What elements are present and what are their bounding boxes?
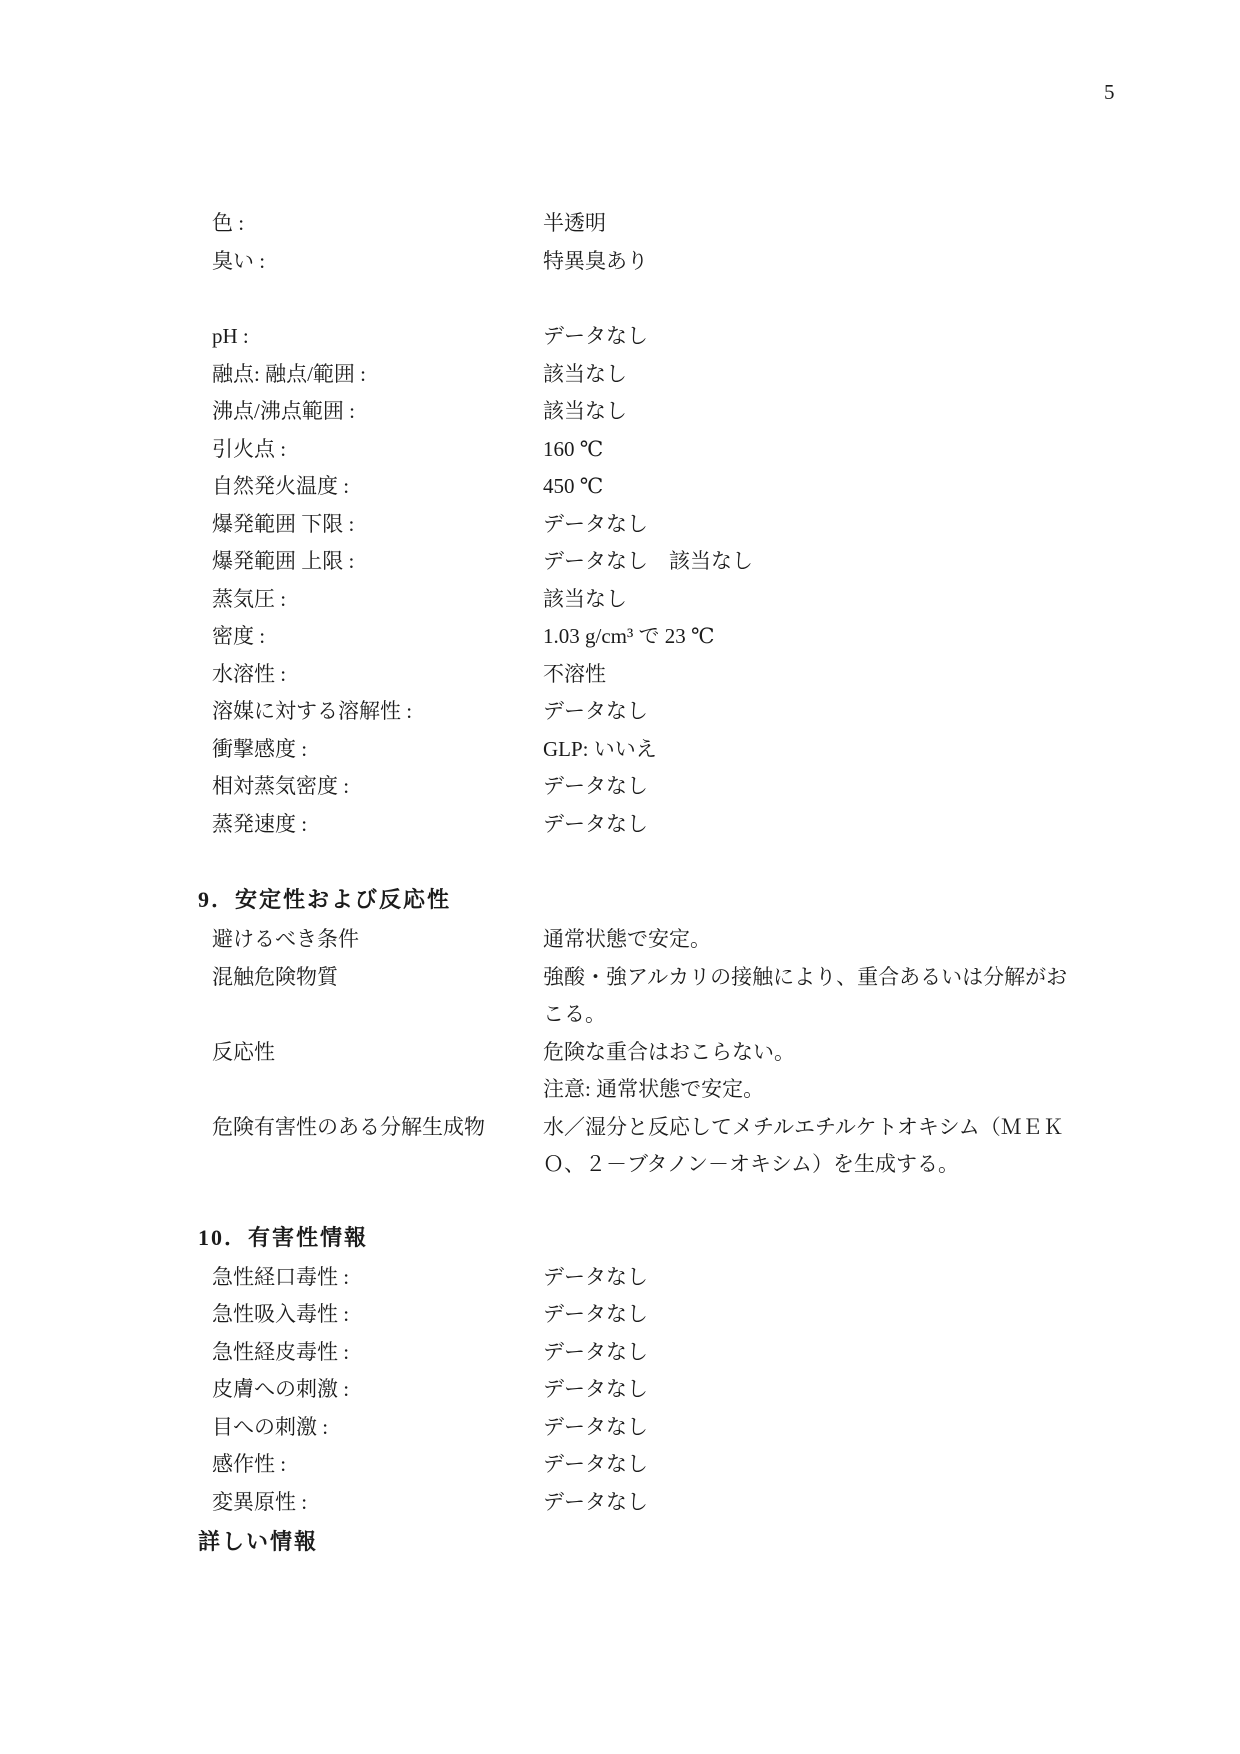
property-row: 爆発範囲 下限 :データなし [212,506,1112,544]
property-value-line: データなし [543,1446,1112,1484]
property-value: データなし [543,1296,1112,1334]
property-value: データなし [543,1371,1112,1409]
property-value: データなし [543,506,1112,544]
section-9-heading: 9．安定性および反応性 [198,879,1112,921]
property-value: 該当なし [543,581,1112,619]
property-value: 不溶性 [543,656,1112,694]
property-value-line: データなし [543,1296,1112,1334]
property-label: 急性吸入毒性 : [212,1296,543,1334]
property-label: 急性経口毒性 : [212,1259,543,1297]
property-value-line: データなし [543,768,1112,806]
property-row: 蒸気圧 :該当なし [212,581,1112,619]
property-label: 水溶性 : [212,656,543,694]
property-value-line: データなし [543,1371,1112,1409]
property-value: データなし [543,768,1112,806]
property-value-line: データなし [543,1409,1112,1447]
property-row: 目への刺激 :データなし [212,1409,1112,1447]
property-value-line: 通常状態で安定。 [543,921,1112,959]
property-value: データなし [543,693,1112,731]
property-label: 沸点/沸点範囲 : [212,393,543,431]
property-value-line: 該当なし [543,356,1112,394]
property-value: 危険な重合はおこらない。注意: 通常状態で安定。 [543,1034,1112,1109]
property-value: データなし [543,1259,1112,1297]
property-value-line: 該当なし [543,393,1112,431]
property-row: 臭い :特異臭あり [212,243,1112,281]
property-row: 危険有害性のある分解生成物水／湿分と反応してメチルエチルケトオキシム（ＭＥＫＯ、… [212,1109,1112,1184]
property-row: 衝撃感度 :GLP: いいえ [212,731,1112,769]
property-value-line: 該当なし [543,581,1112,619]
appearance-properties-list: 色 :半透明臭い :特異臭あり [212,205,1112,280]
property-row: 溶媒に対する溶解性 :データなし [212,693,1112,731]
property-label: 色 : [212,205,543,243]
page-number: 5 [1104,80,1115,105]
detailed-info-heading: 詳しい情報 [198,1521,1112,1563]
property-row: 混触危険物質強酸・強アルカリの接触により、重合あるいは分解がおこる。 [212,959,1112,1034]
blank-line [212,280,1112,318]
property-label: 爆発範囲 下限 : [212,506,543,544]
property-label: 臭い : [212,243,543,281]
property-value-line: 特異臭あり [543,243,1112,281]
property-value-line: Ｏ、２－ブタノン－オキシム）を生成する。 [543,1146,1112,1184]
property-value: 水／湿分と反応してメチルエチルケトオキシム（ＭＥＫＯ、２－ブタノン－オキシム）を… [543,1109,1112,1184]
property-value: 強酸・強アルカリの接触により、重合あるいは分解がおこる。 [543,959,1112,1034]
property-value: データなし [543,1446,1112,1484]
property-value: データなし [543,1409,1112,1447]
property-value-line: データなし [543,693,1112,731]
physical-properties-list: pH :データなし融点: 融点/範囲 :該当なし沸点/沸点範囲 :該当なし引火点… [212,318,1112,843]
property-value: 特異臭あり [543,243,1112,281]
property-value: 160 ℃ [543,431,1112,469]
property-label: 反応性 [212,1034,543,1109]
property-row: 皮膚への刺激 :データなし [212,1371,1112,1409]
property-row: 水溶性 :不溶性 [212,656,1112,694]
property-label: 急性経皮毒性 : [212,1334,543,1372]
property-value-line: 160 ℃ [543,431,1112,469]
section-10-heading: 10．有害性情報 [198,1217,1112,1259]
property-value: GLP: いいえ [543,731,1112,769]
property-label: 引火点 : [212,431,543,469]
property-value: 半透明 [543,205,1112,243]
property-value-line: データなし [543,1484,1112,1522]
property-value-line: こる。 [543,996,1112,1034]
property-value-line: 水／湿分と反応してメチルエチルケトオキシム（ＭＥＫ [543,1109,1112,1147]
property-row: 沸点/沸点範囲 :該当なし [212,393,1112,431]
property-label: 密度 : [212,618,543,656]
property-value: データなし [543,1484,1112,1522]
property-row: 自然発火温度 :450 ℃ [212,468,1112,506]
property-row: 相対蒸気密度 :データなし [212,768,1112,806]
property-row: 融点: 融点/範囲 :該当なし [212,356,1112,394]
property-value-line: GLP: いいえ [543,731,1112,769]
section-10-rows: 急性経口毒性 :データなし急性吸入毒性 :データなし急性経皮毒性 :データなし皮… [212,1259,1112,1522]
property-label: pH : [212,318,543,356]
property-value: 1.03 g/cm³ で 23 ℃ [543,618,1112,656]
property-label: 相対蒸気密度 : [212,768,543,806]
property-value-line: データなし 該当なし [543,543,1112,581]
property-row: 色 :半透明 [212,205,1112,243]
property-label: 皮膚への刺激 : [212,1371,543,1409]
property-row: 変異原性 :データなし [212,1484,1112,1522]
property-label: 感作性 : [212,1446,543,1484]
property-value-line: データなし [543,318,1112,356]
property-row: 避けるべき条件通常状態で安定。 [212,921,1112,959]
property-value: 通常状態で安定。 [543,921,1112,959]
property-value: 450 ℃ [543,468,1112,506]
property-value-line: データなし [543,1259,1112,1297]
property-value-line: データなし [543,1334,1112,1372]
property-label: 溶媒に対する溶解性 : [212,693,543,731]
property-value-line: 強酸・強アルカリの接触により、重合あるいは分解がお [543,959,1112,997]
property-row: 反応性危険な重合はおこらない。注意: 通常状態で安定。 [212,1034,1112,1109]
page-content: 色 :半透明臭い :特異臭あり pH :データなし融点: 融点/範囲 :該当なし… [212,205,1112,1563]
property-value-line: 450 ℃ [543,468,1112,506]
property-row: 蒸発速度 :データなし [212,806,1112,844]
property-label: 蒸気圧 : [212,581,543,619]
property-label: 目への刺激 : [212,1409,543,1447]
property-value: 該当なし [543,356,1112,394]
property-value-line: 半透明 [543,205,1112,243]
property-value-line: 1.03 g/cm³ で 23 ℃ [543,618,1112,656]
property-value-line: 危険な重合はおこらない。 [543,1034,1112,1072]
property-label: 避けるべき条件 [212,921,543,959]
property-row: 爆発範囲 上限 :データなし 該当なし [212,543,1112,581]
property-value: データなし [543,1334,1112,1372]
property-label: 蒸発速度 : [212,806,543,844]
property-label: 融点: 融点/範囲 : [212,356,543,394]
section-9-rows: 避けるべき条件通常状態で安定。混触危険物質強酸・強アルカリの接触により、重合ある… [212,921,1112,1184]
property-row: 密度 :1.03 g/cm³ で 23 ℃ [212,618,1112,656]
property-value: データなし [543,806,1112,844]
property-value-line: 不溶性 [543,656,1112,694]
property-value: 該当なし [543,393,1112,431]
property-value: データなし 該当なし [543,543,1112,581]
property-row: pH :データなし [212,318,1112,356]
property-label: 危険有害性のある分解生成物 [212,1109,543,1184]
property-value-line: データなし [543,806,1112,844]
property-row: 急性吸入毒性 :データなし [212,1296,1112,1334]
property-label: 衝撃感度 : [212,731,543,769]
property-label: 爆発範囲 上限 : [212,543,543,581]
property-label: 変異原性 : [212,1484,543,1522]
property-value: データなし [543,318,1112,356]
property-row: 引火点 :160 ℃ [212,431,1112,469]
property-row: 感作性 :データなし [212,1446,1112,1484]
property-row: 急性経口毒性 :データなし [212,1259,1112,1297]
property-label: 混触危険物質 [212,959,543,1034]
property-value-line: データなし [543,506,1112,544]
property-row: 急性経皮毒性 :データなし [212,1334,1112,1372]
property-label: 自然発火温度 : [212,468,543,506]
property-value-line: 注意: 通常状態で安定。 [543,1071,1112,1109]
sds-document-page: 5 色 :半透明臭い :特異臭あり pH :データなし融点: 融点/範囲 :該当… [0,0,1240,1754]
